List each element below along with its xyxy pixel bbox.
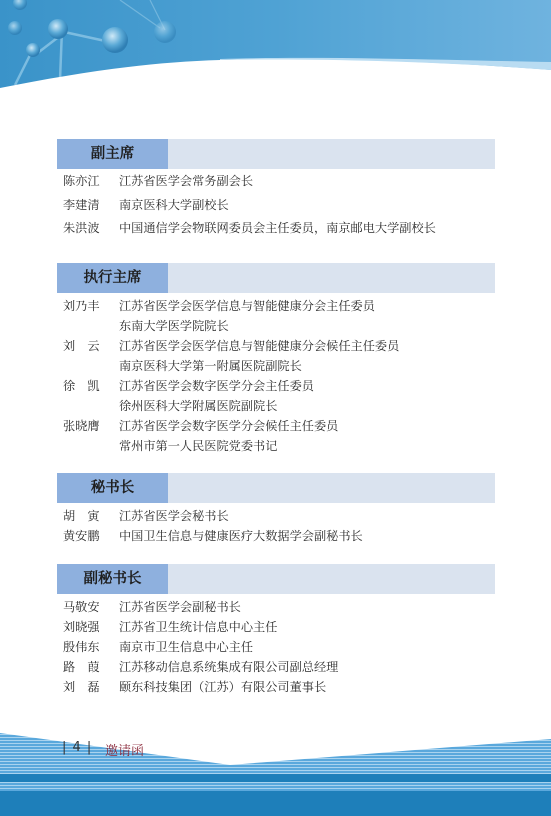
page-number: | 4 |: [62, 740, 92, 755]
member-name: 刘乃丰: [57, 296, 119, 336]
member-title: 南京市卫生信息中心主任: [119, 637, 495, 657]
member-title: 江苏省医学会数字医学分会候任主任委员: [119, 416, 495, 436]
member-title: 江苏省卫生统计信息中心主任: [119, 617, 495, 637]
member-row: 陈亦江 江苏省医学会常务副会长: [57, 170, 495, 194]
member-name: 胡 寅: [57, 506, 119, 526]
member-title: 常州市第一人民医院党委书记: [119, 436, 495, 456]
member-title: 东南大学医学院院长: [119, 316, 495, 336]
member-row: 张晓膺 江苏省医学会数字医学分会候任主任委员 常州市第一人民医院党委书记: [57, 416, 495, 456]
member-name: 张晓膺: [57, 416, 119, 456]
member-title: 南京医科大学第一附属医院副院长: [119, 356, 495, 376]
member-name: 马敬安: [57, 597, 119, 617]
footer-wave-graphic: [0, 720, 551, 816]
section-header: 执行主席: [57, 263, 495, 293]
member-title: 江苏省医学会数字医学分会主任委员: [119, 376, 495, 396]
document-label: 邀请函: [105, 740, 144, 759]
section-title: 秘书长: [57, 473, 168, 503]
member-title: 颐东科技集团（江苏）有限公司董事长: [119, 677, 495, 697]
member-title: 中国通信学会物联网委员会主任委员，南京邮电大学副校长: [119, 217, 495, 241]
member-title: 江苏省医学会医学信息与智能健康分会主任委员: [119, 296, 495, 316]
member-row: 刘 云 江苏省医学会医学信息与智能健康分会候任主任委员 南京医科大学第一附属医院…: [57, 336, 495, 376]
member-title: 徐州医科大学附属医院副院长: [119, 396, 495, 416]
section-vice-chairs: 副主席 陈亦江 江苏省医学会常务副会长 李建清 南京医科大学副校长 朱洪波 中国…: [57, 139, 495, 241]
member-row: 朱洪波 中国通信学会物联网委员会主任委员，南京邮电大学副校长: [57, 217, 495, 241]
section-title: 副秘书长: [57, 564, 168, 594]
section-secretary-general: 秘书长 胡 寅 江苏省医学会秘书长 黄安鹏 中国卫生信息与健康医疗大数据学会副秘…: [57, 473, 495, 546]
section-executive-chairs: 执行主席 刘乃丰 江苏省医学会医学信息与智能健康分会主任委员 东南大学医学院院长…: [57, 263, 495, 456]
member-title: 南京医科大学副校长: [119, 194, 495, 218]
member-row: 徐 凯 江苏省医学会数字医学分会主任委员 徐州医科大学附属医院副院长: [57, 376, 495, 416]
section-header: 副秘书长: [57, 564, 495, 594]
member-title: 江苏省医学会医学信息与智能健康分会候任主任委员: [119, 336, 495, 356]
member-name: 徐 凯: [57, 376, 119, 416]
member-row: 黄安鹏 中国卫生信息与健康医疗大数据学会副秘书长: [57, 526, 495, 546]
member-name: 刘 云: [57, 336, 119, 376]
top-banner: [0, 0, 551, 95]
member-title: 中国卫生信息与健康医疗大数据学会副秘书长: [119, 526, 495, 546]
member-name: 李建清: [57, 194, 119, 218]
molecule-banner-graphic: [0, 0, 551, 95]
member-name: 路 葭: [57, 657, 119, 677]
member-row: 马敬安 江苏省医学会副秘书长: [57, 597, 495, 617]
member-name: 陈亦江: [57, 170, 119, 194]
member-row: 刘晓强 江苏省卫生统计信息中心主任: [57, 617, 495, 637]
member-title: 江苏移动信息系统集成有限公司副总经理: [119, 657, 495, 677]
member-title: 江苏省医学会秘书长: [119, 506, 495, 526]
member-row: 李建清 南京医科大学副校长: [57, 194, 495, 218]
section-title: 副主席: [57, 139, 168, 169]
section-deputy-secretaries: 副秘书长 马敬安 江苏省医学会副秘书长 刘晓强 江苏省卫生统计信息中心主任 殷伟…: [57, 564, 495, 697]
member-row: 胡 寅 江苏省医学会秘书长: [57, 506, 495, 526]
member-title: 江苏省医学会常务副会长: [119, 170, 495, 194]
member-row: 殷伟东 南京市卫生信息中心主任: [57, 637, 495, 657]
section-header: 副主席: [57, 139, 495, 169]
member-title: 江苏省医学会副秘书长: [119, 597, 495, 617]
member-name: 殷伟东: [57, 637, 119, 657]
section-header: 秘书长: [57, 473, 495, 503]
member-name: 朱洪波: [57, 217, 119, 241]
section-title: 执行主席: [57, 263, 168, 293]
member-name: 刘 磊: [57, 677, 119, 697]
member-name: 黄安鹏: [57, 526, 119, 546]
member-name: 刘晓强: [57, 617, 119, 637]
member-row: 刘 磊 颐东科技集团（江苏）有限公司董事长: [57, 677, 495, 697]
member-row: 刘乃丰 江苏省医学会医学信息与智能健康分会主任委员 东南大学医学院院长: [57, 296, 495, 336]
member-row: 路 葭 江苏移动信息系统集成有限公司副总经理: [57, 657, 495, 677]
